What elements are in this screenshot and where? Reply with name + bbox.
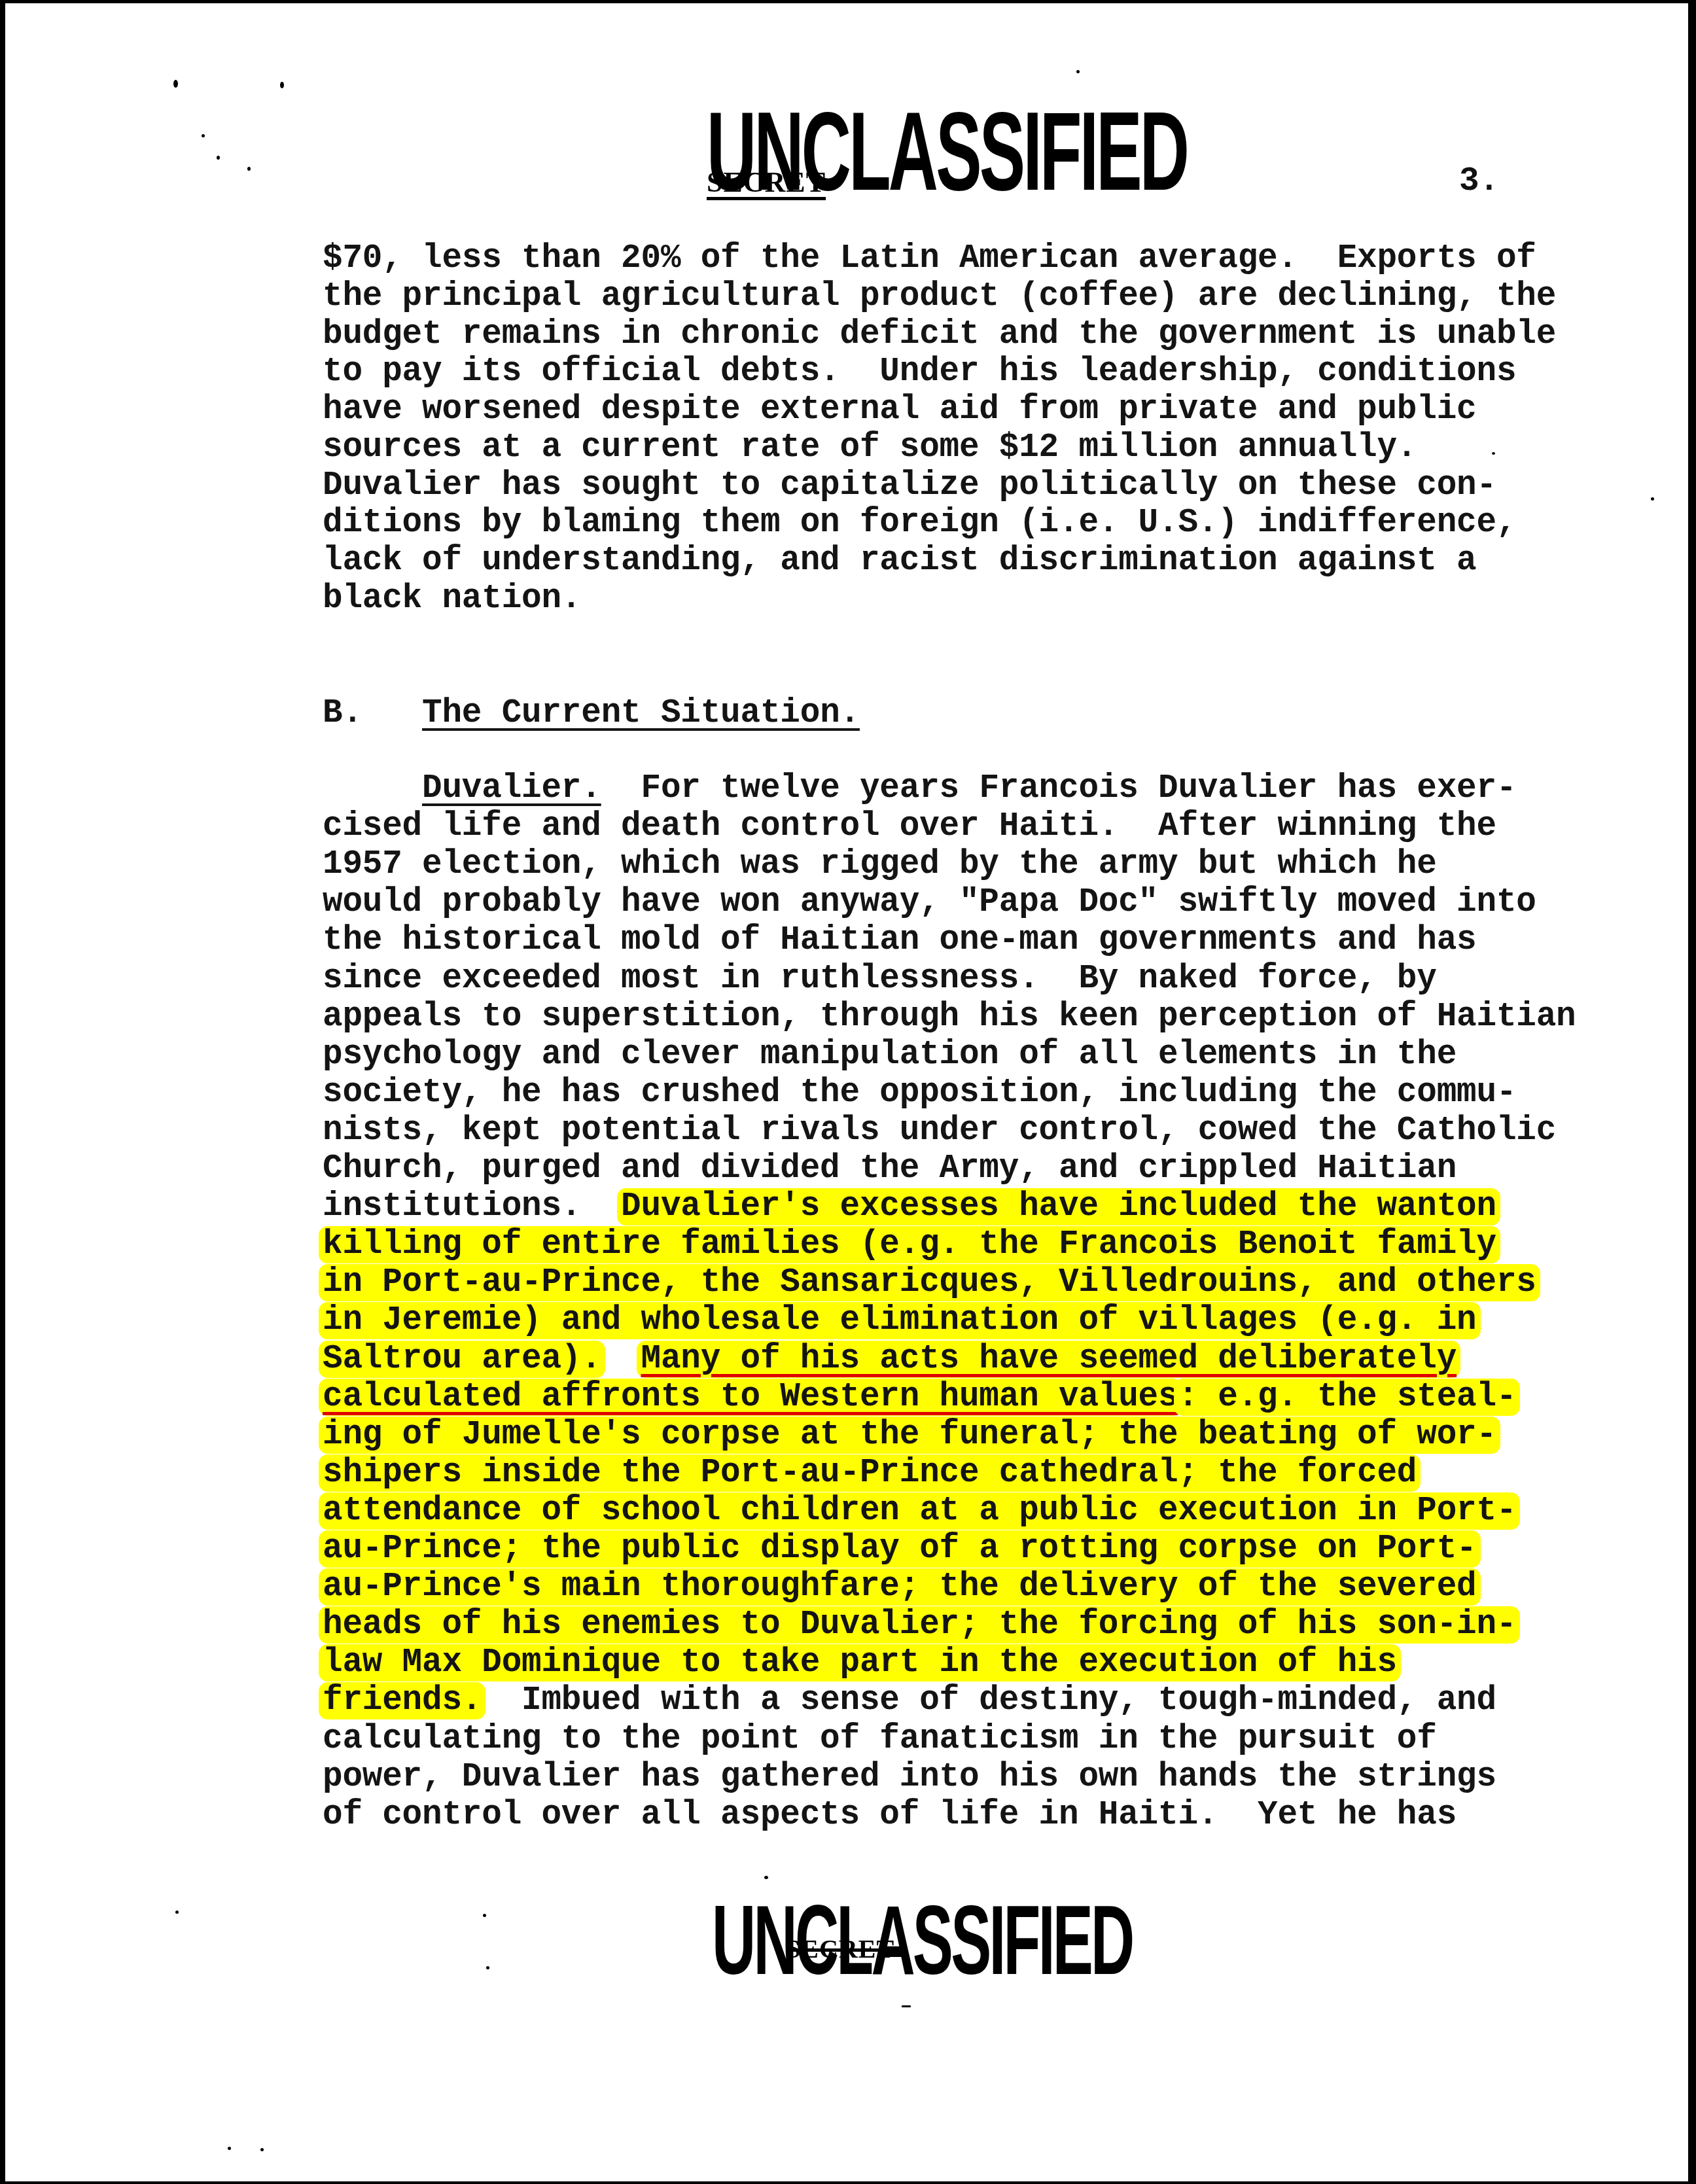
text-line: ditions by blaming them on foreign (i.e.… (323, 504, 1516, 542)
text-line: ing of Jumelle's corpse at the funeral; … (323, 1417, 1496, 1454)
text-run: cised life and death control over Haiti.… (323, 808, 1496, 845)
run-in-heading: Duvalier. (422, 770, 601, 807)
highlighted-text: au-Prince; the public display of a rotti… (319, 1530, 1481, 1568)
text-line: law Max Dominique to take part in the ex… (323, 1644, 1397, 1682)
text-line: in Jeremie) and wholesale elimination of… (323, 1302, 1477, 1340)
section-label: B. (323, 695, 362, 732)
scan-speck (247, 167, 251, 171)
unclassified-stamp-bottom: UNCLASSIFIED (712, 1891, 1133, 1989)
text-line: $70, less than 20% of the Latin American… (323, 240, 1536, 278)
scan-speck (202, 134, 205, 137)
text-line: institutions. Duvalier's excesses have i… (323, 1188, 1496, 1226)
text-line: friends. Imbued with a sense of destiny,… (323, 1682, 1496, 1720)
scan-speck (1492, 452, 1495, 455)
text-line: Duvalier. For twelve years Francois Duva… (323, 770, 1516, 808)
text-line: lack of understanding, and racist discri… (323, 542, 1477, 580)
highlighted-text: friends. (319, 1682, 486, 1719)
text-line: have worsened despite external aid from … (323, 391, 1477, 429)
text-line: power, Duvalier has gathered into his ow… (323, 1759, 1496, 1797)
text-run: psychology and clever manipulation of al… (323, 1036, 1457, 1074)
secret-marking-bottom: SECRET (786, 1933, 894, 1964)
text-line: of control over all aspects of life in H… (323, 1797, 1457, 1835)
highlighted-text: Duvalier's excesses have included the wa… (617, 1188, 1500, 1225)
text-run: Imbued with a sense of destiny, tough-mi… (482, 1682, 1496, 1719)
text-run: For twelve years Francois Duvalier has e… (601, 770, 1517, 807)
text-line: appeals to superstition, through his kee… (323, 998, 1576, 1036)
text-line: shipers inside the Port-au-Prince cathed… (323, 1454, 1417, 1492)
highlighted-text: in Port-au-Prince, the Sansaricques, Vil… (319, 1264, 1540, 1301)
text-line: society, he has crushed the opposition, … (323, 1074, 1516, 1112)
text-run: power, Duvalier has gathered into his ow… (323, 1759, 1496, 1796)
text-run: of control over all aspects of life in H… (323, 1797, 1457, 1834)
text-run: would probably have won anyway, "Papa Do… (323, 884, 1536, 921)
text-line: nists, kept potential rivals under contr… (323, 1112, 1556, 1150)
highlighted-text: ing of Jumelle's corpse at the funeral; … (319, 1417, 1500, 1454)
text-run: society, he has crushed the opposition, … (323, 1074, 1516, 1112)
text-run: the historical mold of Haitian one-man g… (323, 922, 1477, 959)
text-line: heads of his enemies to Duvalier; the fo… (323, 1606, 1516, 1644)
text-line: the historical mold of Haitian one-man g… (323, 922, 1477, 960)
highlighted-text: in Jeremie) and wholesale elimination of… (319, 1302, 1481, 1339)
text-line: Duvalier has sought to capitalize politi… (323, 467, 1496, 505)
text-line: au-Prince's main thoroughfare; the deliv… (323, 1568, 1477, 1606)
scan-speck (175, 1911, 179, 1914)
text-line: attendance of school children at a publi… (323, 1492, 1516, 1530)
text-line: au-Prince; the public display of a rotti… (323, 1530, 1477, 1568)
text-line: cised life and death control over Haiti.… (323, 808, 1496, 846)
text-line: killing of entire families (e.g. the Fra… (323, 1226, 1496, 1264)
highlighted-text: law Max Dominique to take part in the ex… (319, 1644, 1401, 1682)
text-line: to pay its official debts. Under his lea… (323, 353, 1516, 391)
text-line: would probably have won anyway, "Papa Do… (323, 884, 1536, 922)
section-title: The Current Situation. (422, 695, 860, 732)
text-line: calculated affronts to Western human val… (323, 1379, 1516, 1417)
red-underlined-text: Many of his acts have seemed deliberatel… (637, 1341, 1460, 1378)
text-line: since exceeded most in ruthlessness. By … (323, 960, 1437, 998)
secret-marking-top: SECRET (707, 166, 826, 199)
document-page: UNCLASSIFIED SECRET 3. $70, less than 20… (5, 3, 1688, 2181)
text-line: black nation. (323, 580, 581, 618)
text-line: 1957 election, which was rigged by the a… (323, 846, 1437, 884)
text-line: budget remains in chronic deficit and th… (323, 316, 1556, 354)
highlighted-text: shipers inside the Port-au-Prince cathed… (319, 1454, 1421, 1492)
scan-speck (280, 82, 284, 88)
scan-speck (483, 1914, 486, 1917)
scan-speck (260, 2148, 264, 2151)
text-run: nists, kept potential rivals under contr… (323, 1112, 1556, 1150)
highlighted-text: Saltrou area). (319, 1341, 605, 1378)
text-line: calculating to the point of fanaticism i… (323, 1721, 1437, 1759)
text-run: Church, purged and divided the Army, and… (323, 1150, 1457, 1188)
text-line: psychology and clever manipulation of al… (323, 1036, 1457, 1074)
scan-speck (902, 2005, 911, 2007)
text-run: since exceeded most in ruthlessness. By … (323, 960, 1437, 998)
scan-speck (1651, 497, 1654, 501)
scan-speck (764, 1876, 768, 1879)
highlighted-text: attendance of school children at a publi… (319, 1492, 1520, 1530)
text-run: 1957 election, which was rigged by the a… (323, 846, 1437, 883)
highlighted-text: : e.g. the steal- (1174, 1379, 1520, 1416)
red-underlined-text: calculated affronts to Western human val… (319, 1379, 1182, 1416)
text-line: the principal agricultural product (coff… (323, 278, 1556, 316)
text-line: sources at a current rate of some $12 mi… (323, 429, 1417, 467)
page-number: 3. (1459, 163, 1499, 200)
stamp-text: UNCLASSIFIED (712, 1885, 1133, 1995)
section-heading: B. The Current Situation. (323, 695, 860, 733)
highlighted-text: killing of entire families (e.g. the Fra… (319, 1226, 1500, 1263)
scan-speck (173, 80, 178, 88)
scan-speck (217, 156, 220, 160)
scan-speck (228, 2147, 231, 2150)
text-run: appeals to superstition, through his kee… (323, 998, 1576, 1036)
scan-speck (1076, 70, 1080, 73)
text-line: in Port-au-Prince, the Sansaricques, Vil… (323, 1264, 1536, 1302)
text-gap (601, 1341, 641, 1378)
text-run: calculating to the point of fanaticism i… (323, 1721, 1437, 1758)
highlighted-text: heads of his enemies to Duvalier; the fo… (319, 1606, 1520, 1644)
text-run: institutions. (323, 1188, 621, 1225)
highlighted-text: au-Prince's main thoroughfare; the deliv… (319, 1568, 1481, 1606)
text-line: Saltrou area). Many of his acts have see… (323, 1341, 1457, 1379)
scan-speck (486, 1966, 489, 1969)
text-line: Church, purged and divided the Army, and… (323, 1150, 1457, 1188)
